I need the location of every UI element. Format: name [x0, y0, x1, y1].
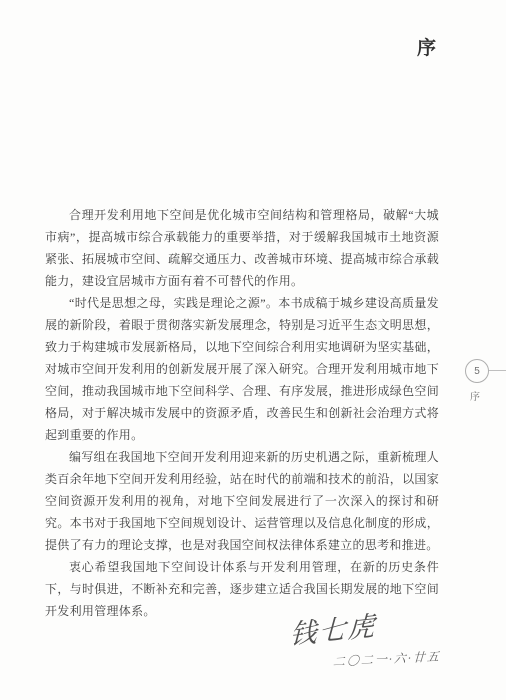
- paragraph: 衷心希望我国地下空间设计体系与开发利用管理，在新的历史条件下，与时俱进，不断补充…: [45, 556, 439, 622]
- paragraph: “时代是思想之母，实践是理论之源”。本书成稿于城乡建设高质量发展的新阶段，着眼于…: [45, 292, 439, 446]
- signature-name: 钱七虎: [289, 604, 377, 652]
- paragraph: 合理开发利用地下空间是优化城市空间结构和管理格局，破解“大城市病”，提高城市综合…: [45, 204, 439, 292]
- page-number-badge: 5: [465, 359, 489, 383]
- book-page: 序 合理开发利用地下空间是优化城市空间结构和管理格局，破解“大城市病”，提高城市…: [0, 0, 506, 700]
- paragraph: 编写组在我国地下空间开发利用迎来新的历史机遇之际，重新梳理人类百余年地下空间开发…: [45, 446, 439, 556]
- signature-date: 二〇二一·六·廿五: [333, 647, 442, 670]
- page-number: 5: [474, 366, 480, 377]
- page-number-leader-line: [488, 370, 506, 371]
- margin-section-label: 序: [470, 388, 481, 403]
- preface-body: 合理开发利用地下空间是优化城市空间结构和管理格局，破解“大城市病”，提高城市综合…: [45, 204, 439, 622]
- page-title: 序: [417, 33, 437, 60]
